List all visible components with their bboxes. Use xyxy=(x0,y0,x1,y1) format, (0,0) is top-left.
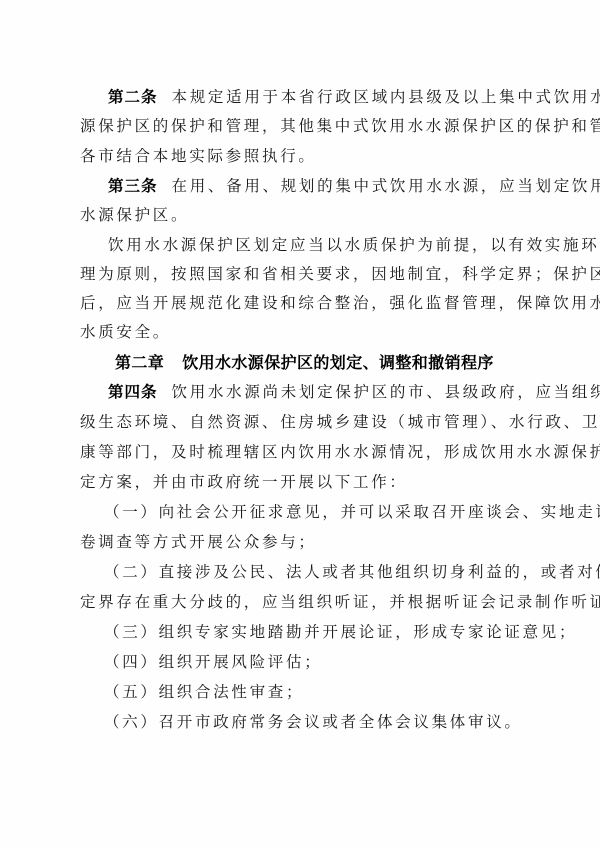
article-3-para-2-line-2: 理为原则，按照国家和省相关要求，因地制宜，科学定界；保护区划定 xyxy=(80,263,520,285)
article-2-line-2: 源保护区的保护和管理，其他集中式饮用水水源保护区的保护和管理由 xyxy=(80,115,520,137)
article-3-para-2-line-3: 后，应当开展规范化建设和综合整治，强化监督管理，保障饮用水水源 xyxy=(80,292,520,314)
article-4-line-3: 康等部门，及时梳理辖区内饮用水水源情况，形成饮用水水源保护区划 xyxy=(80,441,520,463)
item-1-line-1: （一）向社会公开征求意见，并可以采取召开座谈会、实地走访、问 xyxy=(104,501,544,523)
item-6: （六）召开市政府常务会议或者全体会议集体审议。 xyxy=(104,711,544,733)
article-4-line-2: 级生态环境、自然资源、住房城乡建设（城市管理）、水行政、卫生健 xyxy=(80,411,520,433)
document-page: 第二条本规定适用于本省行政区域内县级及以上集中式饮用水水 源保护区的保护和管理，… xyxy=(0,0,600,848)
article-3-para-2-line-4: 水质安全。 xyxy=(80,321,520,343)
item-2-line-2: 定界存在重大分歧的，应当组织听证，并根据听证会记录制作听证报告； xyxy=(80,591,520,613)
article-3-para-2-line-1: 饮用水水源保护区划定应当以水质保护为前提，以有效实施环境管 xyxy=(108,234,548,256)
article-2-text: 本规定适用于本省行政区域内县级及以上集中式饮用水水 xyxy=(172,88,600,106)
article-2-line-3: 各市结合本地实际参照执行。 xyxy=(80,145,520,167)
article-3-line-1: 第三条在用、备用、规划的集中式饮用水水源，应当划定饮用水 xyxy=(108,175,548,197)
article-2-label: 第二条 xyxy=(108,88,158,106)
article-4-label: 第四条 xyxy=(108,383,158,401)
chapter-title: 饮用水水源保护区的划定、调整和撤销程序 xyxy=(182,353,494,372)
article-4-line-4: 定方案，并由市政府统一开展以下工作： xyxy=(80,471,520,493)
article-3-text: 在用、备用、规划的集中式饮用水水源，应当划定饮用水 xyxy=(172,177,600,195)
chapter-number: 第二章 xyxy=(115,353,164,372)
article-3-line-2: 水源保护区。 xyxy=(80,204,520,226)
item-3: （三）组织专家实地踏勘并开展论证，形成专家论证意见； xyxy=(104,621,544,643)
article-3-label: 第三条 xyxy=(108,177,158,195)
chapter-heading: 第二章饮用水水源保护区的划定、调整和撤销程序 xyxy=(115,351,494,375)
article-4-line-1: 第四条饮用水水源尚未划定保护区的市、县级政府，应当组织本 xyxy=(108,381,548,403)
item-4: （四）组织开展风险评估； xyxy=(104,651,544,673)
item-2-line-1: （二）直接涉及公民、法人或者其他组织切身利益的，或者对保护区 xyxy=(104,561,544,583)
item-1-line-2: 卷调查等方式开展公众参与； xyxy=(80,531,520,553)
article-2-line-1: 第二条本规定适用于本省行政区域内县级及以上集中式饮用水水 xyxy=(108,86,548,108)
item-5: （五）组织合法性审查； xyxy=(104,681,544,703)
article-4-text: 饮用水水源尚未划定保护区的市、县级政府，应当组织本 xyxy=(172,383,600,401)
